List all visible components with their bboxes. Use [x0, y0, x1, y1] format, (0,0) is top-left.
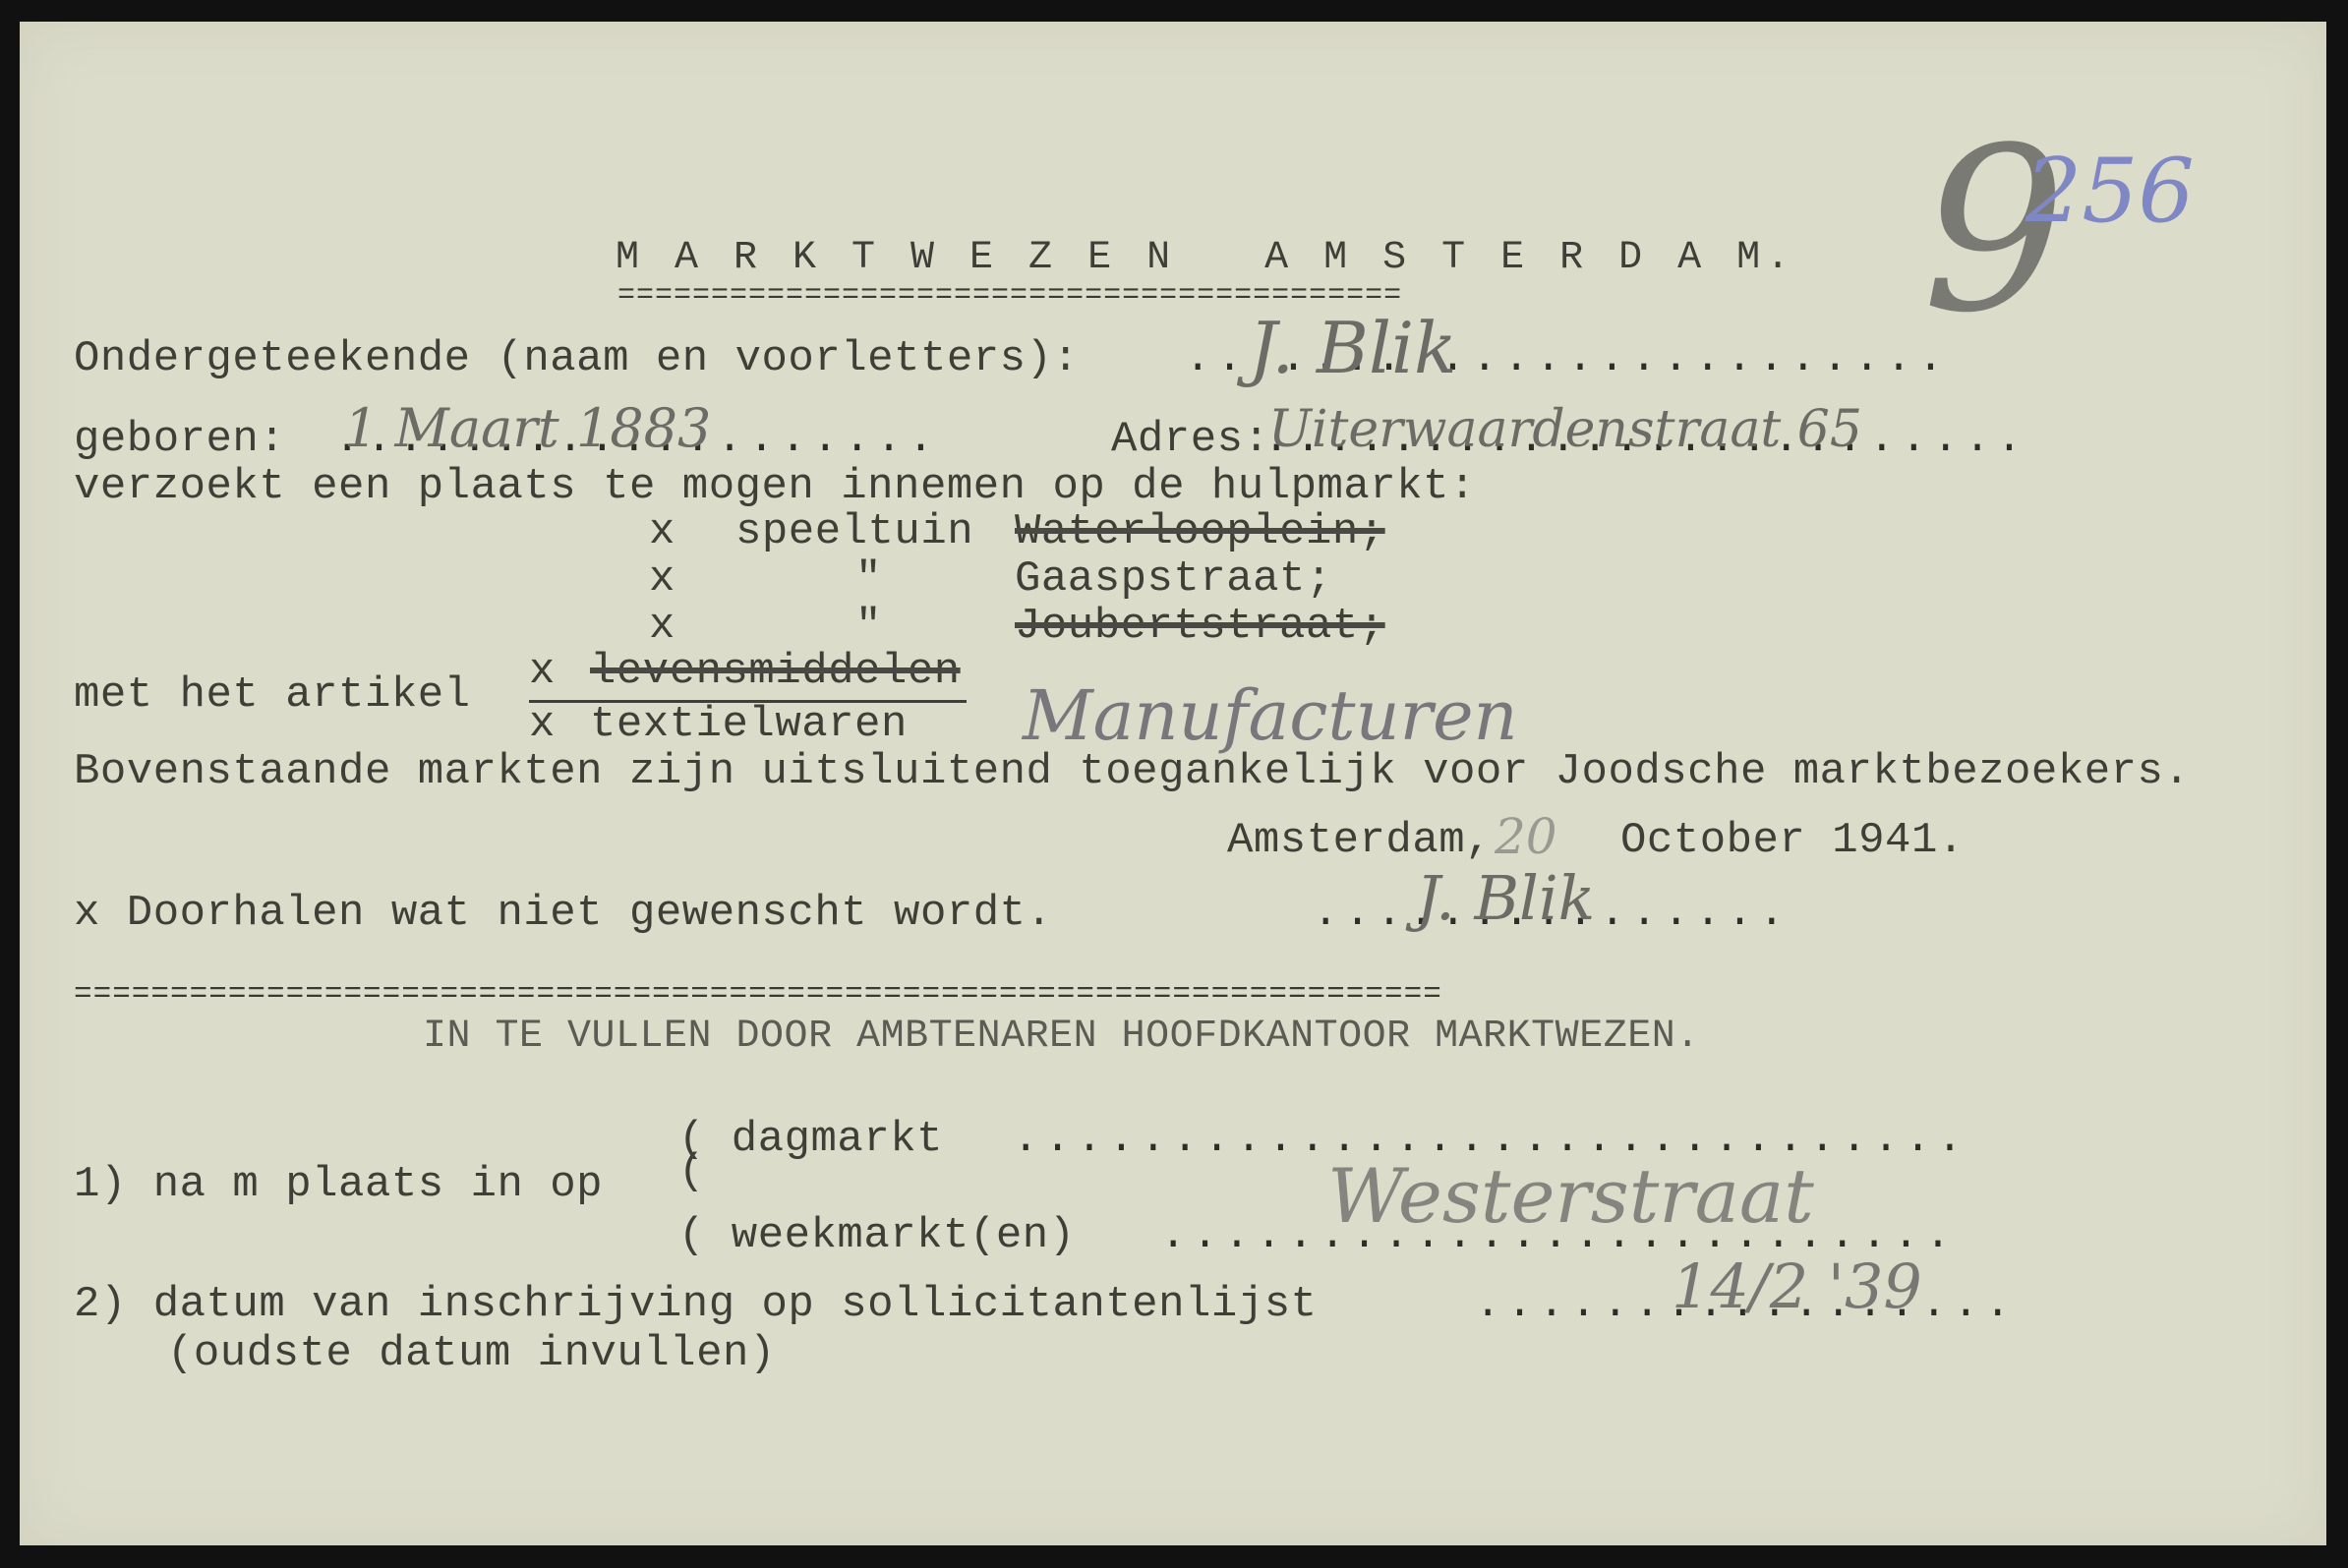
- address-label: Adres:: [1111, 415, 1269, 464]
- article-option-mark: x: [529, 700, 556, 749]
- item2-value: 14/2 '39: [1672, 1250, 1922, 1322]
- section-divider: ========================================…: [74, 977, 1442, 1012]
- market-option-joubertstraat: Joubertstraat;: [1015, 602, 1385, 651]
- market-application-card: 9 256 M A R K T W E Z E N A M S T E R D …: [20, 22, 2326, 1545]
- document-title: M A R K T W E Z E N A M S T E R D A M.: [616, 236, 1795, 280]
- born-value: 1 Maart 1883: [344, 397, 711, 459]
- catalog-mark-blue: 256: [2025, 140, 2195, 243]
- address-value: Uiterwaardenstraat 65: [1268, 400, 1862, 459]
- name-value: J. Blik: [1249, 307, 1457, 389]
- footnote-text: x Doorhalen wat niet gewenscht wordt.: [74, 889, 1052, 938]
- market-option-waterlooplein: Waterlooplein;: [1015, 507, 1385, 556]
- article-option-levensmiddelen: levensmiddelen: [590, 647, 961, 696]
- signature: J. Blik: [1416, 862, 1595, 934]
- market-option-mark: x: [649, 602, 675, 651]
- request-text: verzoekt een plaats te mogen innemen op …: [74, 462, 1476, 511]
- place-label: Amsterdam,: [1227, 816, 1492, 865]
- born-label: geboren:: [74, 415, 285, 464]
- market-option-mark: x: [649, 554, 675, 604]
- name-label: Ondergeteekende (naam en voorletters):: [74, 334, 1079, 383]
- office-item2-sub: (oudste datum invullen): [167, 1329, 776, 1378]
- office-item1-label: 1) na m plaats in op: [74, 1160, 603, 1209]
- article-handwritten: Manufacturen: [1023, 675, 1518, 756]
- market-option-prefix: ": [855, 554, 882, 604]
- market-option-mark: x: [649, 507, 675, 556]
- date-day: 20: [1495, 808, 1557, 865]
- notice-text: Bovenstaande markten zijn uitsluitend to…: [74, 747, 2190, 796]
- dagmarkt-label: ( dagmarkt: [678, 1115, 943, 1164]
- date-month-year: October 1941.: [1620, 816, 1965, 865]
- article-option-mark: x: [529, 647, 556, 696]
- market-option-gaaspstraat: Gaaspstraat;: [1015, 554, 1332, 604]
- office-header: IN TE VULLEN DOOR AMBTENAREN HOOFDKANTOO…: [423, 1015, 1700, 1059]
- office-item2-label: 2) datum van inschrijving op sollicitant…: [74, 1280, 1318, 1329]
- article-label: met het artikel: [74, 670, 471, 720]
- article-option-textielwaren: textielwaren: [590, 700, 908, 749]
- market-option-prefix: speeltuin: [735, 507, 973, 556]
- weekmarkt-value: Westerstraat: [1327, 1152, 1814, 1240]
- market-option-prefix: ": [855, 602, 882, 651]
- weekmarkt-label: ( weekmarkt(en): [678, 1211, 1076, 1260]
